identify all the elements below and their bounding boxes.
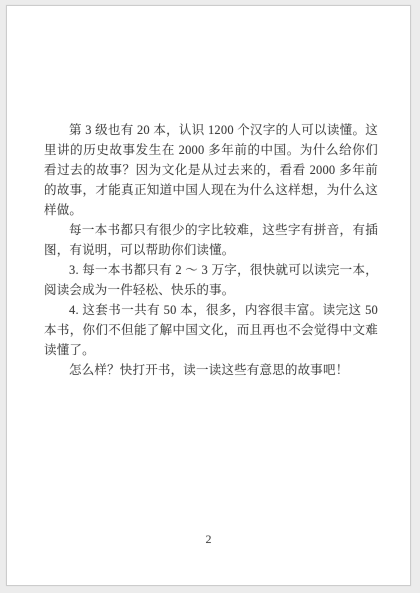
page-number: 2 [7, 531, 410, 547]
paragraph: 每一本书都只有很少的字比较难，这些字有拼音，有插图，有说明，可以帮助你们读懂。 [44, 220, 378, 260]
paragraph: 3. 每一本书都只有 2 ～ 3 万字，很快就可以读完一本，阅读会成为一件轻松、… [44, 260, 378, 300]
page-body-text: 第 3 级也有 20 本，认识 1200 个汉字的人可以读懂。这里讲的历史故事发… [44, 120, 378, 380]
document-page: 第 3 级也有 20 本，认识 1200 个汉字的人可以读懂。这里讲的历史故事发… [6, 5, 411, 586]
paragraph: 怎么样？快打开书，读一读这些有意思的故事吧！ [44, 360, 378, 380]
document-viewport: 第 3 级也有 20 本，认识 1200 个汉字的人可以读懂。这里讲的历史故事发… [0, 0, 420, 593]
paragraph: 第 3 级也有 20 本，认识 1200 个汉字的人可以读懂。这里讲的历史故事发… [44, 120, 378, 220]
paragraph: 4. 这套书一共有 50 本，很多，内容很丰富。读完这 50 本书，你们不但能了… [44, 300, 378, 360]
